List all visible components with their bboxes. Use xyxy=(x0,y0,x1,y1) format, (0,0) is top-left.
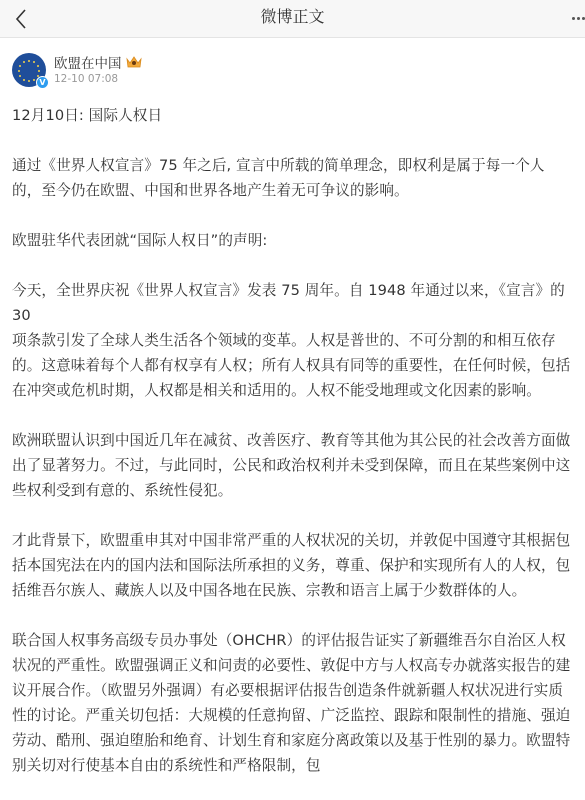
eu-star-icon xyxy=(23,79,25,81)
eu-star-icon xyxy=(33,61,35,63)
eu-star-icon xyxy=(28,60,30,62)
eu-star-icon xyxy=(33,79,35,81)
post-author: V 欧盟在中国 12-10 07:08 xyxy=(0,38,585,103)
eu-star-icon xyxy=(28,80,30,82)
post-paragraph: 欧盟驻华代表团就“国际人权日”的声明: xyxy=(12,228,573,253)
verified-badge-icon: V xyxy=(36,76,49,89)
post-paragraph: 联合国人权事务高级专员办事处（OHCHR）的评估报告证实了新疆维吾尔自治区人权状… xyxy=(12,628,573,778)
avatar[interactable]: V xyxy=(12,53,46,87)
post-paragraph: 才此背景下，欧盟重申其对中国非常严重的人权状况的关切，并敦促中国遵守其根据包括本… xyxy=(12,528,573,603)
eu-star-icon xyxy=(38,70,40,72)
post-paragraph: 欧洲联盟认识到中国近几年在减贫、改善医疗、教育等其他为其公民的社会改善方面做出了… xyxy=(12,428,573,503)
author-name[interactable]: 欧盟在中国 xyxy=(54,52,122,72)
more-dots-icon xyxy=(572,17,575,20)
top-navigation-bar: 微博正文 xyxy=(0,0,585,38)
post-paragraph: 项条款引发了全球人类生活各个领域的变革。人权是普世的、不可分割的和相互依存的。这… xyxy=(12,328,573,403)
author-name-row: 欧盟在中国 xyxy=(54,53,142,71)
eu-star-icon xyxy=(23,61,25,63)
eu-star-icon xyxy=(19,65,21,67)
more-dot xyxy=(577,17,580,20)
eu-star-icon xyxy=(37,65,39,67)
eu-star-icon xyxy=(19,75,21,77)
post-paragraph: 通过《世界人权宣言》75 年之后, 宣言中所载的简单理念，即权利是属于每一个人的… xyxy=(12,153,573,203)
post-content: 12月10日: 国际人权日 通过《世界人权宣言》75 年之后, 宣言中所载的简单… xyxy=(0,103,585,778)
post-paragraph: 12月10日: 国际人权日 xyxy=(12,103,573,128)
post-time: 12-10 07:08 xyxy=(54,73,142,85)
more-button[interactable] xyxy=(565,0,585,37)
author-meta: 欧盟在中国 12-10 07:08 xyxy=(54,53,142,85)
page-title: 微博正文 xyxy=(0,0,585,37)
eu-star-icon xyxy=(18,70,20,72)
post-paragraph: 今天，全世界庆祝《世界人权宣言》发表 75 周年。自 1948 年通过以来，《宣… xyxy=(12,278,573,328)
crown-icon xyxy=(126,55,142,69)
